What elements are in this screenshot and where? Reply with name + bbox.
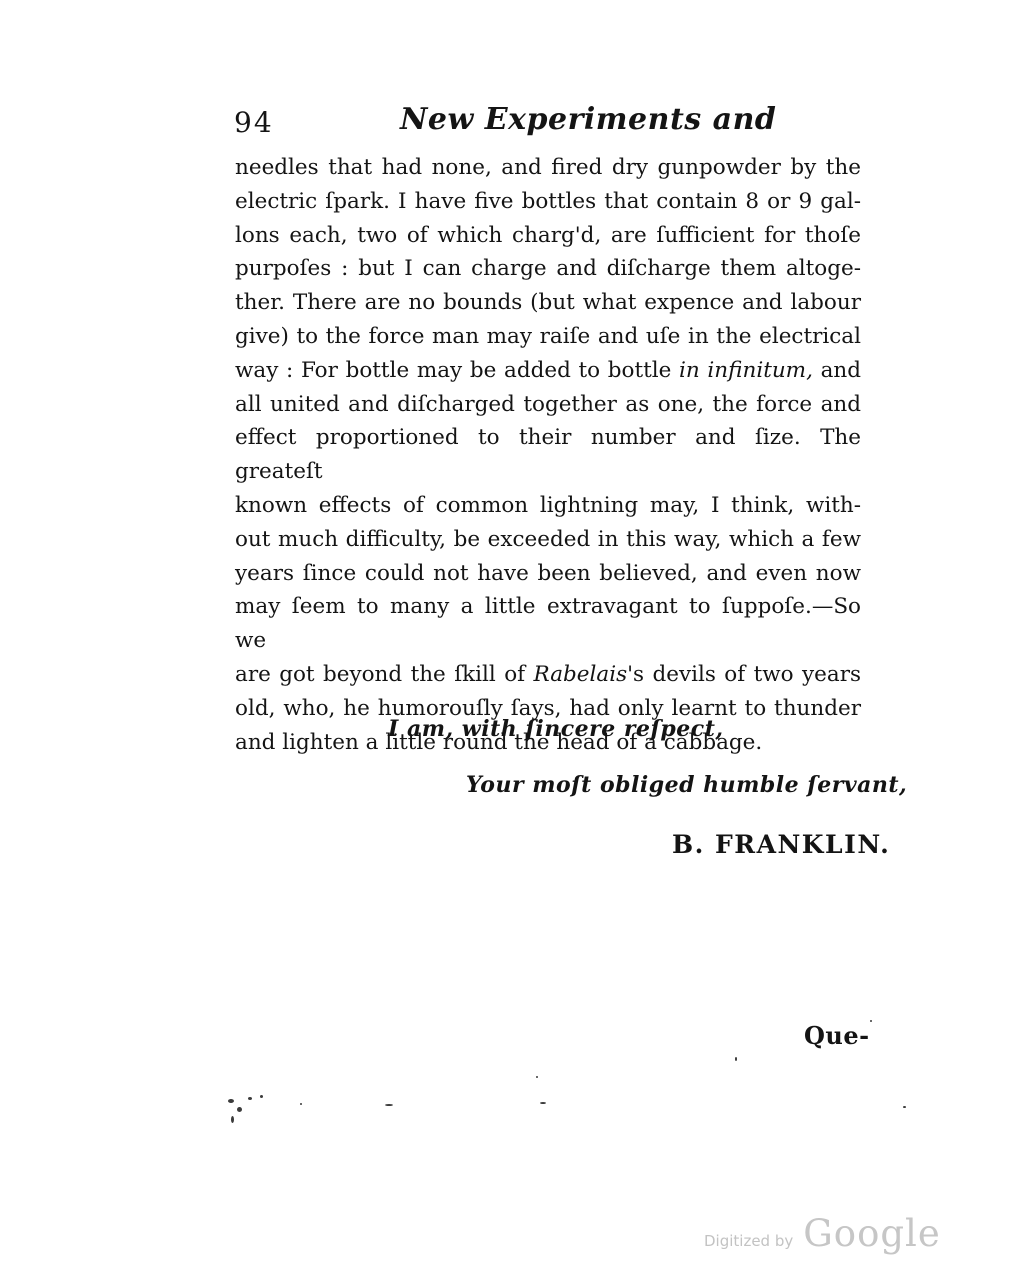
ink-speck	[385, 1104, 393, 1106]
text-segment: are got beyond the ſkill of	[235, 662, 534, 687]
ink-speck	[300, 1103, 302, 1105]
text-segment: ther. There are no bounds (but what expe…	[235, 290, 861, 315]
body-line: all united and diſcharged together as on…	[235, 388, 861, 422]
body-line: out much difficulty, be exceeded in this…	[235, 523, 861, 557]
body-line: may ſeem to many a little extravagant to…	[235, 590, 861, 658]
text-segment: and	[813, 358, 861, 383]
text-segment: way : For bottle may be added to bottle	[235, 358, 679, 383]
body-line: years ſince could not have been believed…	[235, 557, 861, 591]
ink-speck	[903, 1106, 906, 1108]
digitized-by-text: Digitized by	[704, 1232, 793, 1250]
text-segment: years ſince could not have been believed…	[235, 561, 861, 586]
running-title: New Experiments and	[400, 102, 710, 137]
body-line: lons each, two of which charg'd, are ſuf…	[235, 219, 861, 253]
ink-speck	[228, 1099, 234, 1103]
body-line: way : For bottle may be added to bottle …	[235, 354, 861, 388]
book-page: 94 New Experiments and needles that had …	[0, 0, 1014, 1282]
text-segment: lons each, two of which charg'd, are ſuf…	[235, 223, 861, 248]
body-line: needles that had none, and fired dry gun…	[235, 151, 861, 185]
page-number: 94	[234, 106, 274, 139]
text-segment: purpoſes : but I can charge and diſcharg…	[235, 256, 861, 281]
text-segment: all united and diſcharged together as on…	[235, 392, 861, 417]
body-line: effect proportioned to their number and …	[235, 421, 861, 489]
text-segment: may ſeem to many a little extravagant to…	[235, 594, 861, 653]
body-line: known effects of common lightning may, I…	[235, 489, 861, 523]
body-line: ther. There are no bounds (but what expe…	[235, 286, 861, 320]
ink-speck	[231, 1116, 234, 1123]
ink-speck	[260, 1095, 263, 1098]
valediction-line-1: I am, with ſincere reſpect,	[388, 716, 724, 742]
ink-speck	[540, 1102, 546, 1104]
body-line: purpoſes : but I can charge and diſcharg…	[235, 252, 861, 286]
google-logo: Google	[803, 1212, 941, 1255]
text-segment: 's devils of two years	[627, 662, 861, 687]
body-line: give) to the force man may raiſe and uſe…	[235, 320, 861, 354]
text-segment: needles that had none, and fired dry gun…	[235, 155, 861, 180]
text-segment: electric ſpark. I have five bottles that…	[235, 189, 861, 214]
ink-speck	[248, 1097, 252, 1100]
valediction-line-2: Your moſt obliged humble ſervant,	[466, 772, 907, 798]
text-segment: out much difficulty, be exceeded in this…	[235, 527, 861, 552]
signature: B. FRANKLIN.	[672, 830, 890, 859]
catchword: Que-	[804, 1021, 870, 1050]
body-text: needles that had none, and fired dry gun…	[235, 151, 861, 759]
body-line: are got beyond the ſkill of Rabelais's d…	[235, 658, 861, 692]
ink-speck	[536, 1076, 538, 1078]
ink-speck	[870, 1020, 872, 1022]
ink-speck	[237, 1107, 242, 1112]
digitized-by-watermark: Digitized by Google	[704, 1212, 941, 1255]
text-segment: in infinitum,	[679, 358, 813, 383]
ink-speck	[735, 1057, 737, 1061]
text-segment: effect proportioned to their number and …	[235, 425, 861, 484]
text-segment: known effects of common lightning may, I…	[235, 493, 861, 518]
text-segment: Rabelais	[534, 662, 628, 687]
text-segment: give) to the force man may raiſe and uſe…	[235, 324, 861, 349]
body-line: electric ſpark. I have five bottles that…	[235, 185, 861, 219]
